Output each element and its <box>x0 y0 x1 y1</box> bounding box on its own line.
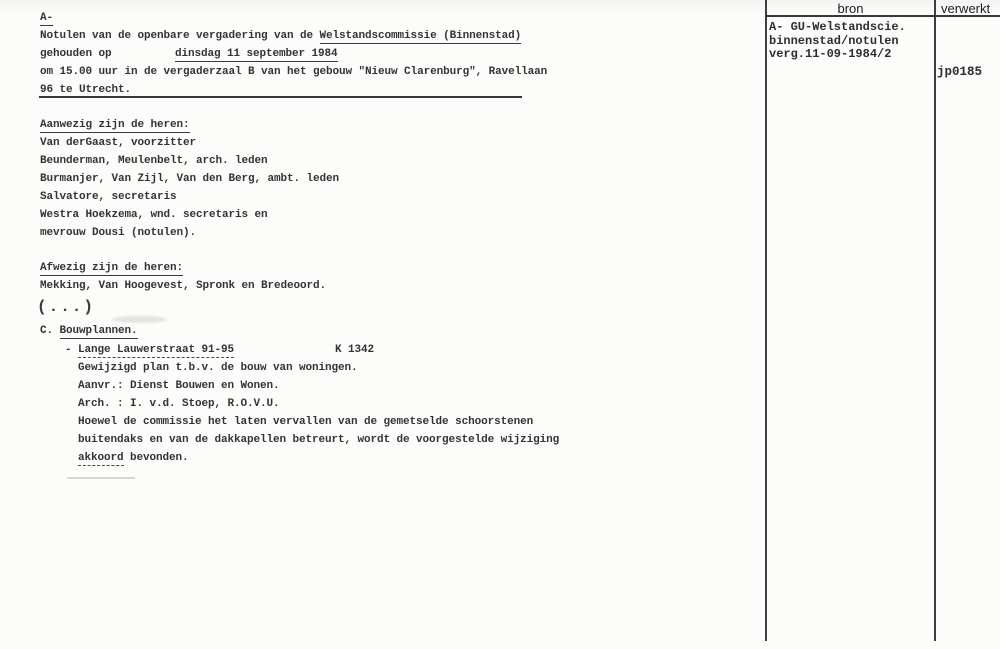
document-title-line: Notulen van de openbare vergadering van … <box>40 30 521 43</box>
agenda-section-heading: C. Bouwplannen. <box>40 325 138 338</box>
absent-heading-text: Afwezig zijn de heren: <box>40 262 183 276</box>
verwerkt-code: jp0185 <box>937 66 982 80</box>
agenda-item-bullet: - <box>65 344 72 357</box>
agenda-body-line: Gewijzigd plan t.b.v. de bouw van woning… <box>78 362 358 375</box>
bron-entry-line: verg.11-09-1984/2 <box>769 48 906 62</box>
title-committee: Welstandscommissie (Binnenstad) <box>320 30 522 44</box>
present-line: Westra Hoekzema, wnd. secretaris en <box>40 209 268 222</box>
location-line-1: om 15.00 uur in de vergaderzaal B van he… <box>40 66 547 79</box>
bron-entry-line: binnenstad/notulen <box>769 35 906 49</box>
agenda-section-no: C. <box>40 325 60 337</box>
agenda-body-line: buitendaks en van de dakkapellen betreur… <box>78 434 559 447</box>
agenda-item-case-number: K 1342 <box>335 344 374 357</box>
bron-entry: A- GU-Welstandscie. binnenstad/notulen v… <box>769 21 906 62</box>
index-panel-column-divider <box>934 0 936 641</box>
held-on-label: gehouden op <box>40 48 112 61</box>
absent-heading: Afwezig zijn de heren: <box>40 262 183 275</box>
present-heading: Aanwezig zijn de heren: <box>40 119 190 132</box>
title-underline-rule <box>39 96 522 98</box>
bron-entry-line: A- GU-Welstandscie. <box>769 21 906 35</box>
title-prefix: Notulen van de openbare vergadering van … <box>40 30 320 42</box>
faint-rule <box>67 477 135 479</box>
present-line: Beunderman, Meulenbelt, arch. leden <box>40 155 268 168</box>
agenda-section-title: Bouwplannen. <box>60 325 138 339</box>
scanned-document-page: A- Notulen van de openbare vergadering v… <box>0 0 1000 649</box>
scan-smudge <box>112 316 167 323</box>
meeting-date-text: dinsdag 11 september 1984 <box>175 48 338 62</box>
present-line: Van derGaast, voorzitter <box>40 137 196 150</box>
agenda-body-line: Aanvr.: Dienst Bouwen en Wonen. <box>78 380 280 393</box>
agenda-verdict-word: akkoord <box>78 452 124 466</box>
column-header-bron: bron <box>767 1 934 16</box>
absent-line: Mekking, Van Hoogevest, Spronk en Bredeo… <box>40 280 326 293</box>
agenda-body-line: Hoewel de commissie het laten vervallen … <box>78 416 533 429</box>
agenda-body-line: Arch. : I. v.d. Stoep, R.O.V.U. <box>78 398 280 411</box>
index-panel-left-border <box>765 0 767 641</box>
document-ref-label: A- <box>40 12 53 25</box>
document-ref-label-text: A- <box>40 12 53 26</box>
agenda-item-street: Lange Lauwerstraat 91-95 <box>78 344 234 357</box>
omission-mark: (...) <box>37 298 95 316</box>
meeting-date: dinsdag 11 september 1984 <box>175 48 338 61</box>
agenda-item-street-text: Lange Lauwerstraat 91-95 <box>78 344 234 358</box>
present-line: mevrouw Dousi (notulen). <box>40 227 196 240</box>
column-header-verwerkt: verwerkt <box>941 1 990 16</box>
present-heading-text: Aanwezig zijn de heren: <box>40 119 190 133</box>
agenda-verdict-rest: bevonden. <box>124 452 189 464</box>
agenda-verdict-line: akkoord bevonden. <box>78 452 189 465</box>
present-line: Burmanjer, Van Zijl, Van den Berg, ambt.… <box>40 173 339 186</box>
present-line: Salvatore, secretaris <box>40 191 177 204</box>
